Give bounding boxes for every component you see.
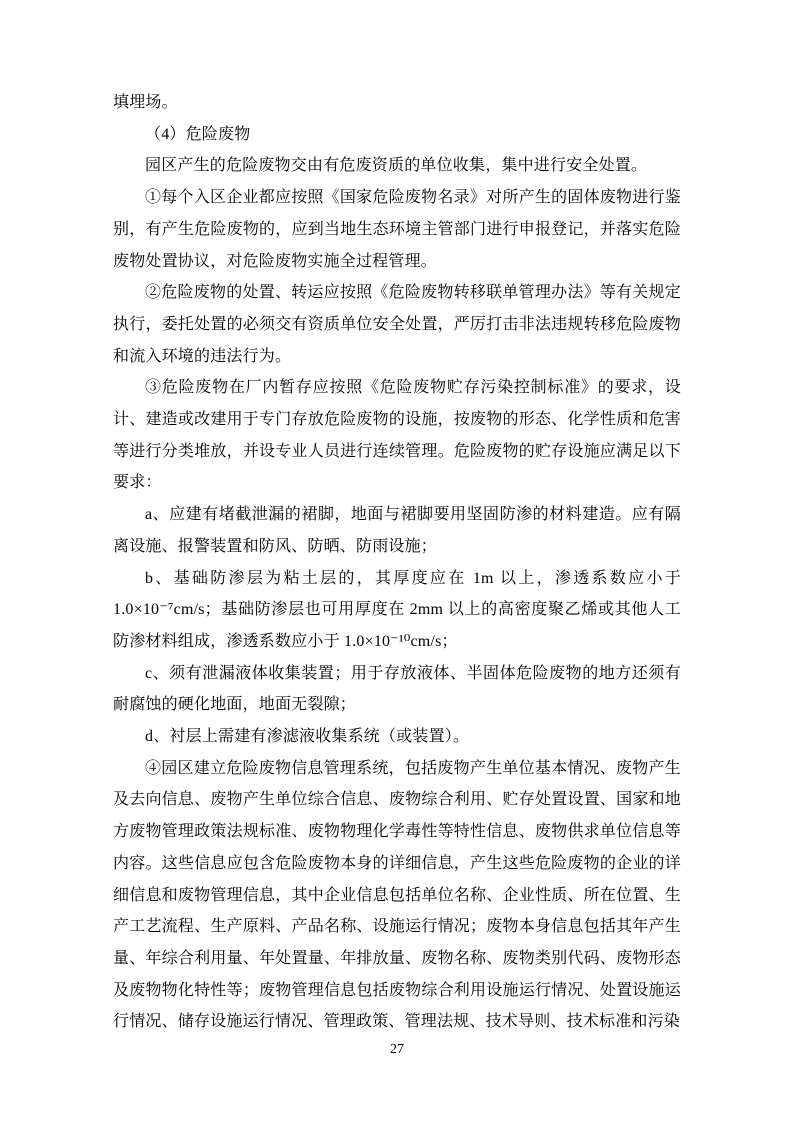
- paragraph-item-3: ③危险废物在厂内暂存应按照《危险废物贮存污染控制标准》的要求，设计、建造或改建用…: [113, 372, 681, 499]
- paragraph-item-3c: c、须有泄漏液体收集装置；用于存放液体、半固体危险废物的地方还须有耐腐蚀的硬化地…: [113, 658, 681, 721]
- page-number: 27: [0, 1042, 794, 1058]
- paragraph-item-1: ①每个入区企业都应按照《国家危险废物名录》对所产生的固体废物进行鉴别，有产生危险…: [113, 182, 681, 277]
- section-heading-hazardous-waste: （4）危险废物: [113, 119, 681, 151]
- paragraph-item-3a: a、应建有堵截泄漏的裙脚，地面与裙脚要用坚固防渗的材料建造。应有隔离设施、报警装…: [113, 499, 681, 562]
- paragraph-item-3d: d、衬层上需建有渗滤液收集系统（或装置）。: [113, 721, 681, 753]
- paragraph-continuation: 填埋场。: [113, 87, 681, 119]
- paragraph-item-4: ④园区建立危险废物信息管理系统，包括废物产生单位基本情况、废物产生及去向信息、废…: [113, 753, 681, 1038]
- document-body: 填埋场。 （4）危险废物 园区产生的危险废物交由有危废资质的单位收集，集中进行安…: [113, 87, 681, 1038]
- paragraph-intro: 园区产生的危险废物交由有危废资质的单位收集，集中进行安全处置。: [113, 150, 681, 182]
- paragraph-item-2: ②危险废物的处置、转运应按照《危险废物转移联单管理办法》等有关规定执行，委托处置…: [113, 277, 681, 372]
- paragraph-item-3b: b、基础防渗层为粘土层的，其厚度应在 1m 以上，渗透系数应小于 1.0×10⁻…: [113, 563, 681, 658]
- document-page: 填埋场。 （4）危险废物 园区产生的危险废物交由有危废资质的单位收集，集中进行安…: [0, 0, 794, 1122]
